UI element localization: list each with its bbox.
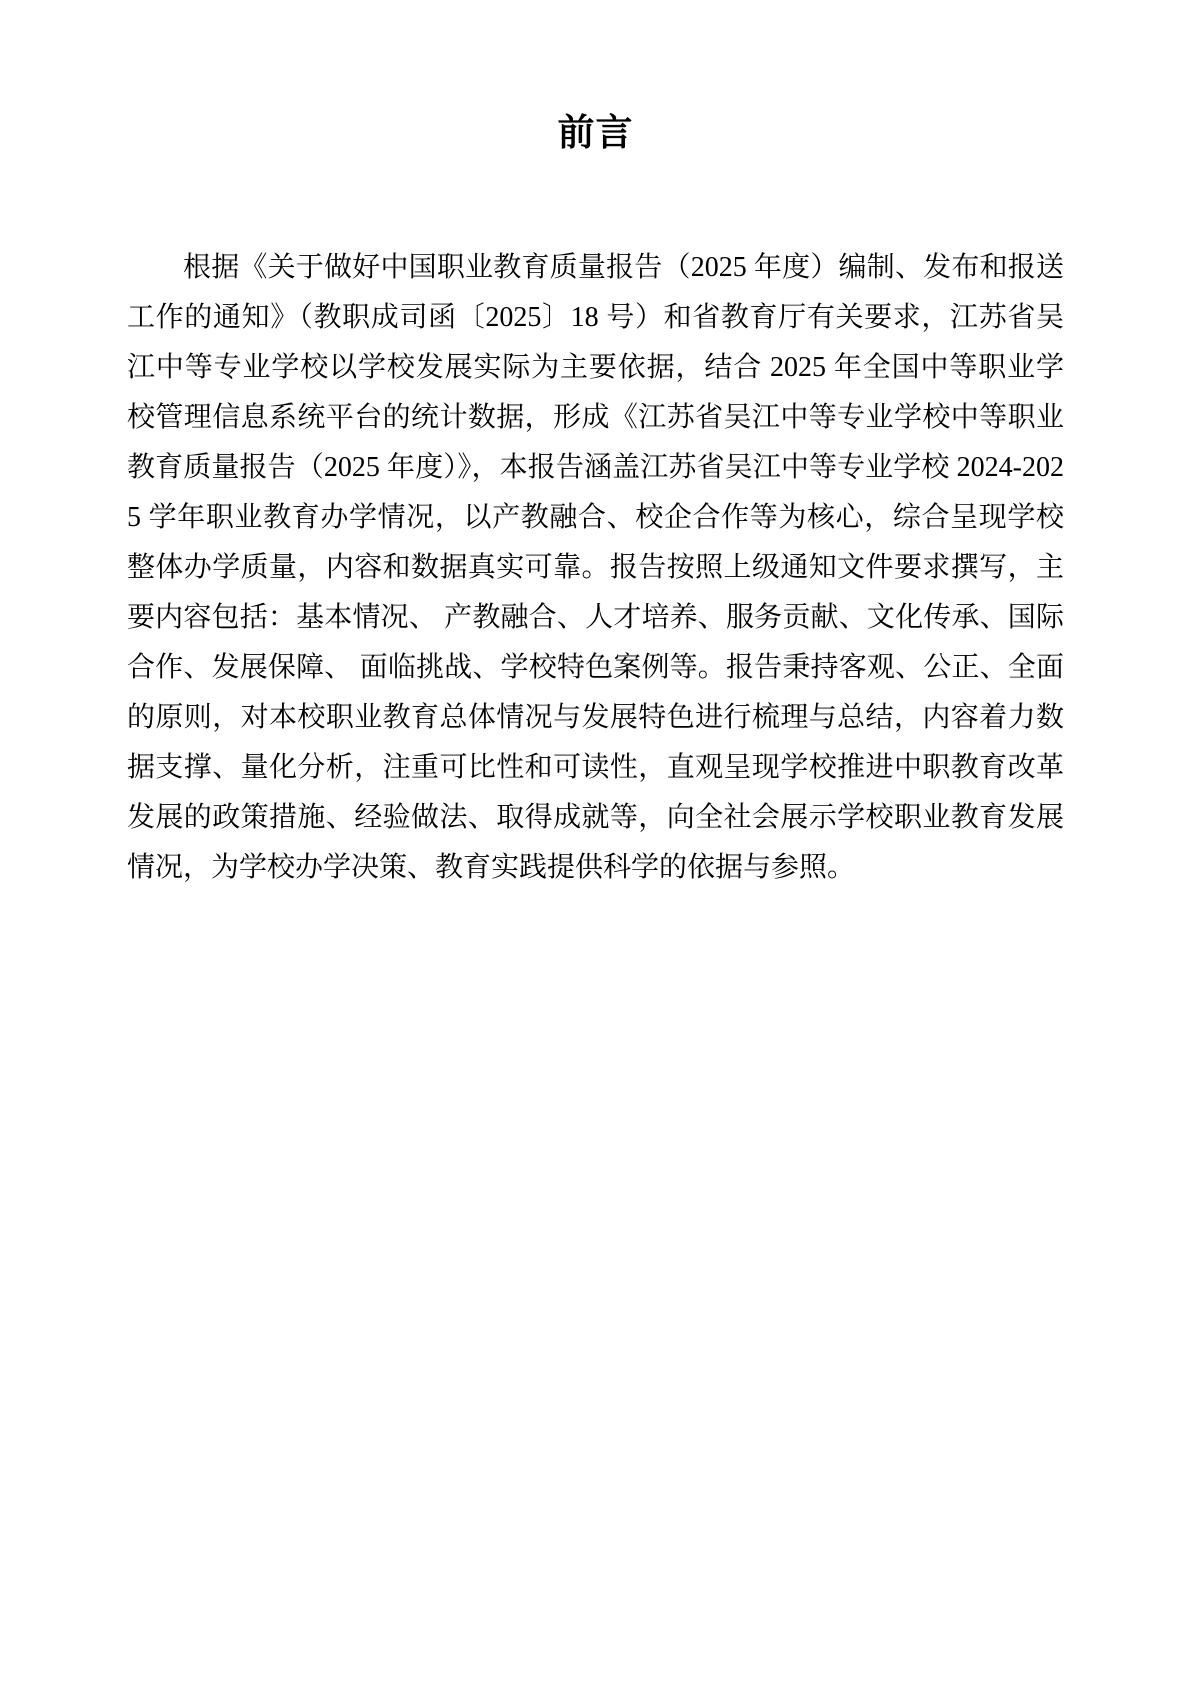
page-title: 前言 [0,112,1191,154]
document-page: 前言 根据《关于做好中国职业教育质量报告（2025 年度）编制、发布和报送工作的… [0,0,1191,1684]
preface-paragraph: 根据《关于做好中国职业教育质量报告（2025 年度）编制、发布和报送工作的通知》… [127,243,1064,893]
document-body: 根据《关于做好中国职业教育质量报告（2025 年度）编制、发布和报送工作的通知》… [127,243,1064,893]
